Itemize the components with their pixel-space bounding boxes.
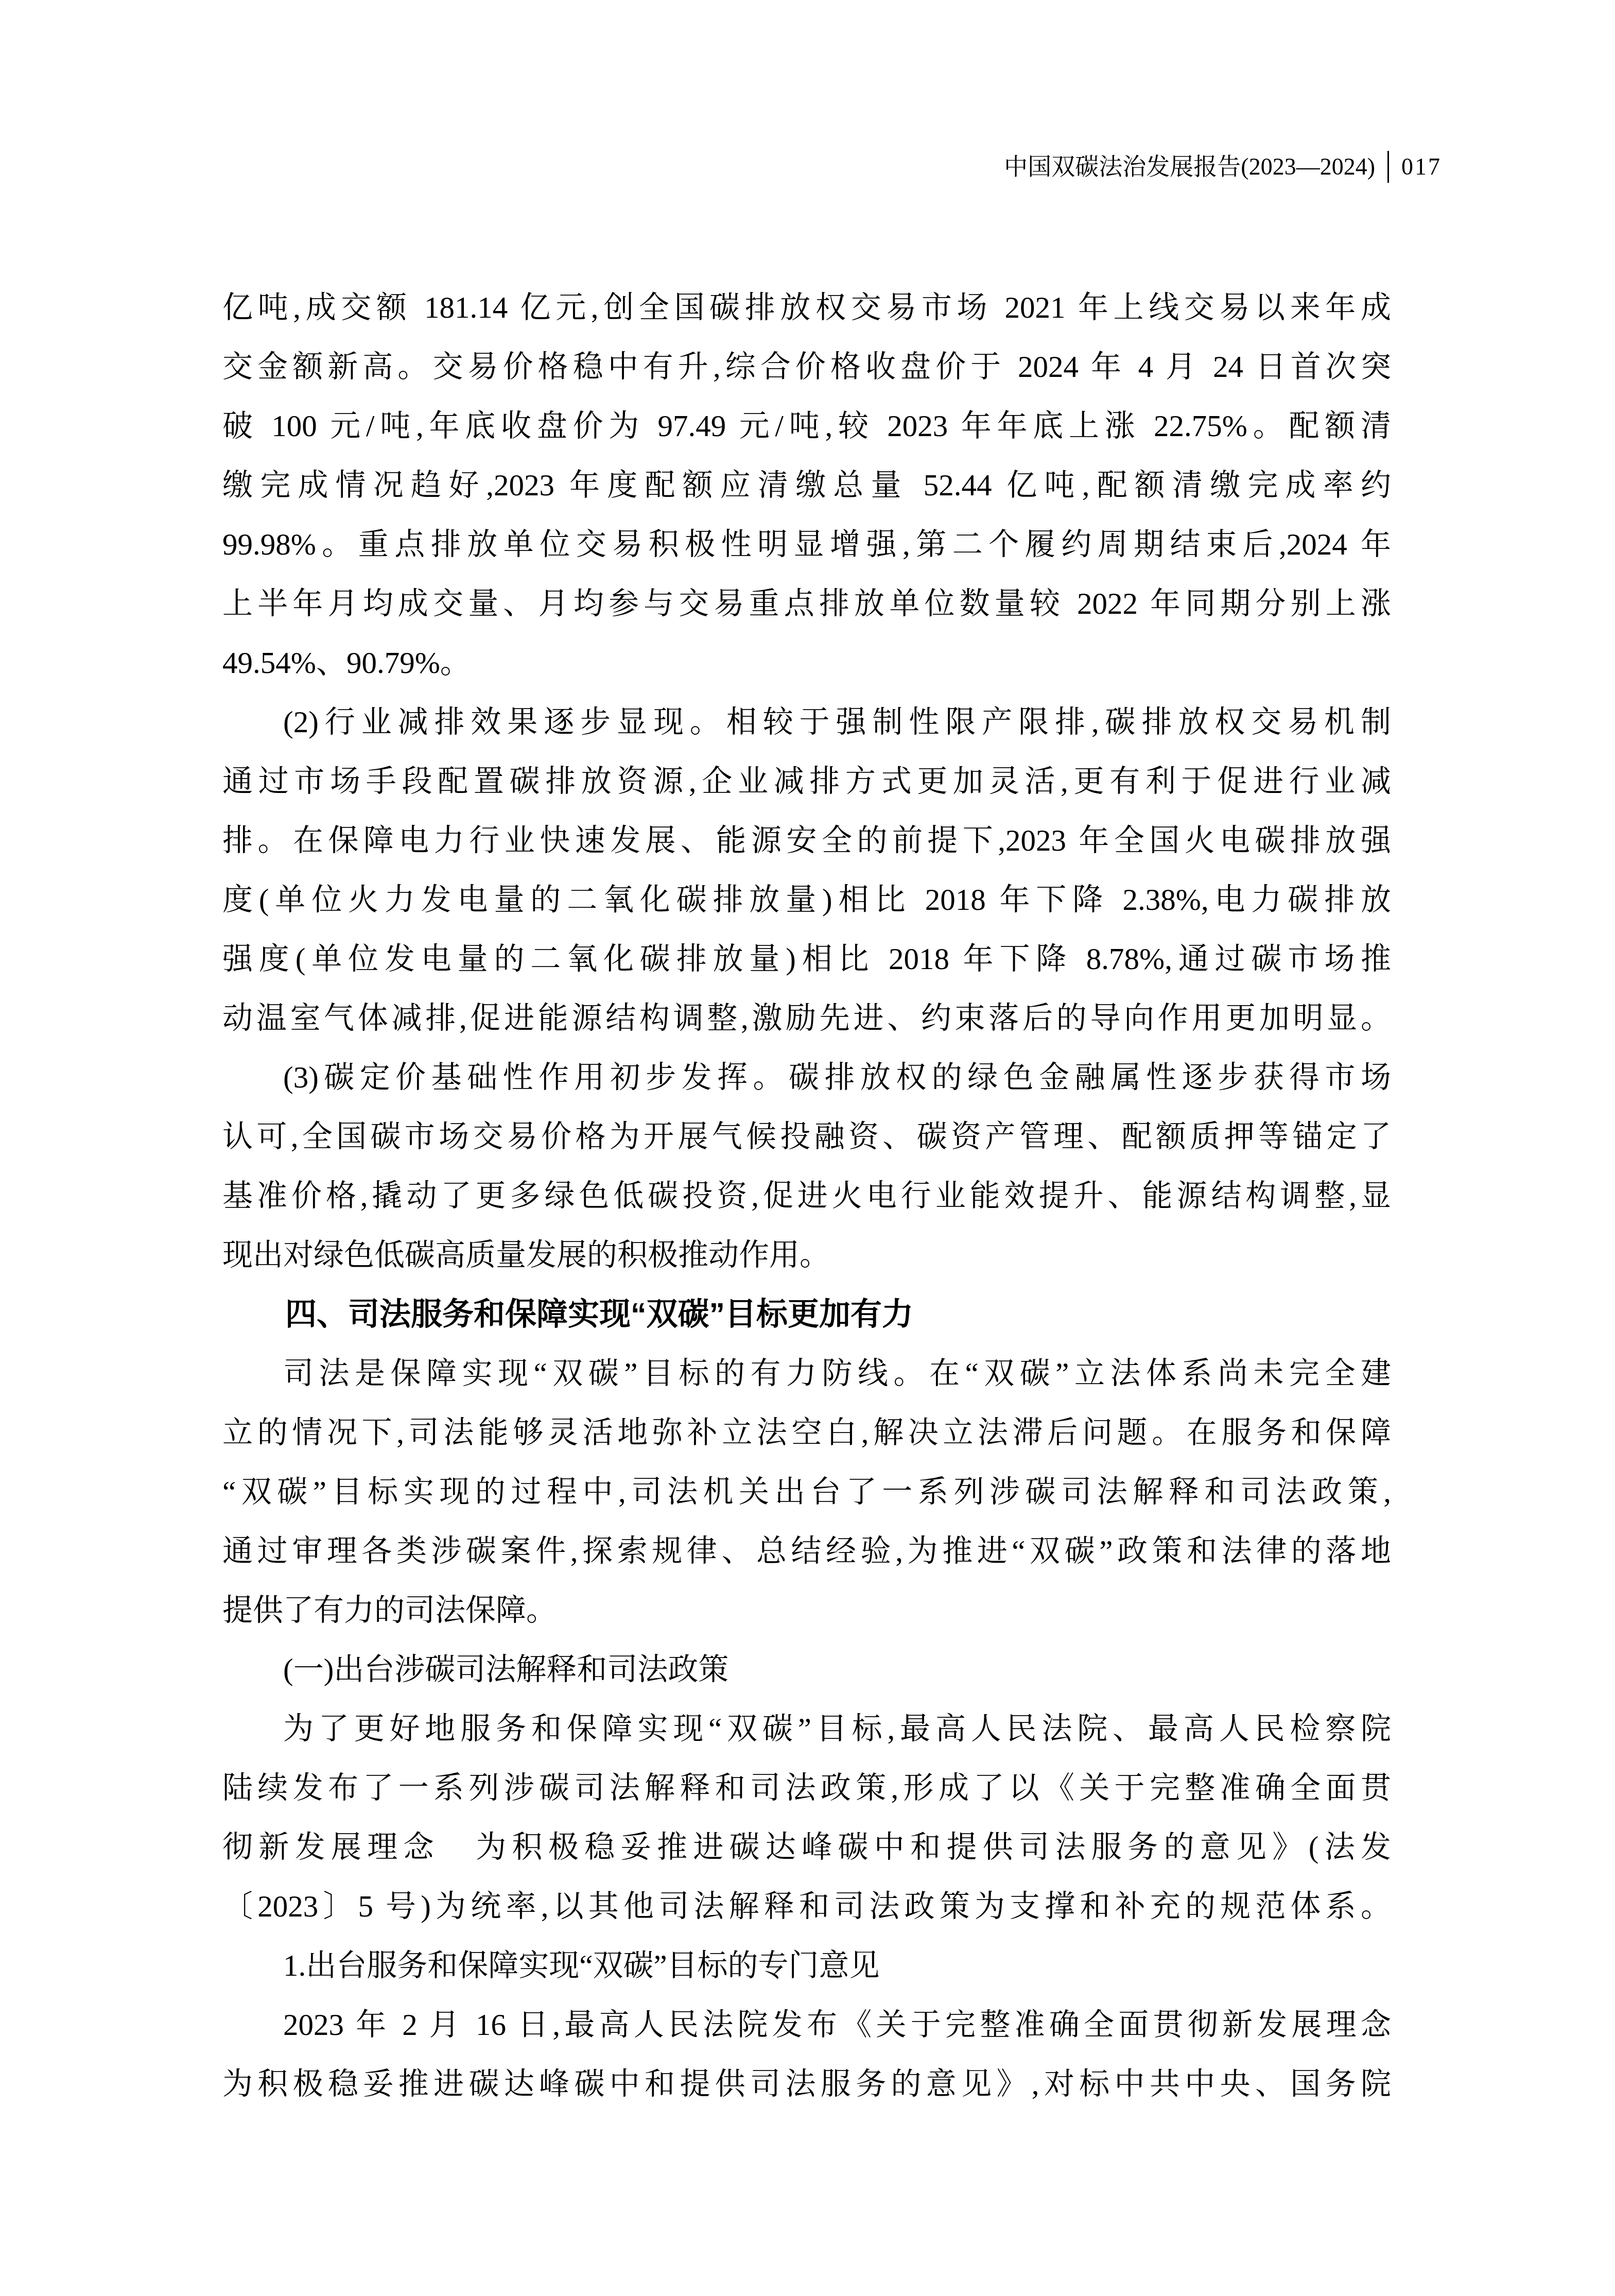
section-heading: 四、司法服务和保障实现“双碳”目标更加有力	[222, 1285, 1391, 1344]
page-body: 亿吨,成交额 181.14 亿元,创全国碳排放权交易市场 2021 年上线交易以…	[222, 278, 1391, 2114]
text-line: 司法是保障实现“双碳”目标的有力防线。在“双碳”立法体系尚未完全建	[222, 1344, 1391, 1403]
text-line: 2023 年 2 月 16 日,最高人民法院发布《关于完整准确全面贯彻新发展理念	[222, 1995, 1391, 2055]
text-line: 立的情况下,司法能够灵活地弥补立法空白,解决立法滞后问题。在服务和保障	[222, 1403, 1391, 1462]
text-line: 彻新发展理念 为积极稳妥推进碳达峰碳中和提供司法服务的意见》(法发	[222, 1818, 1391, 1877]
text-line: 现出对绿色低碳高质量发展的积极推动作用。	[222, 1225, 1391, 1285]
text-line: 动温室气体减排,促进能源结构调整,激励先进、约束落后的导向作用更加明显。	[222, 989, 1391, 1048]
page-header: 中国双碳法治发展报告(2023—2024) 017	[1004, 148, 1442, 185]
numbered-item-heading: 1.出台服务和保障实现“双碳”目标的专门意见	[222, 1936, 1391, 1995]
text-line: 排。在保障电力行业快速发展、能源安全的前提下,2023 年全国火电碳排放强	[222, 811, 1391, 870]
text-line: 为了更好地服务和保障实现“双碳”目标,最高人民法院、最高人民检察院	[222, 1699, 1391, 1758]
running-title: 中国双碳法治发展报告(2023—2024)	[1004, 148, 1375, 185]
text-line: 强度(单位发电量的二氧化碳排放量)相比 2018 年下降 8.78%,通过碳市场…	[222, 929, 1391, 989]
text-line: 破 100 元/吨,年底收盘价为 97.49 元/吨,较 2023 年年底上涨 …	[222, 396, 1391, 456]
text-line: 99.98%。重点排放单位交易积极性明显增强,第二个履约周期结束后,2024 年	[222, 515, 1391, 574]
text-line: 缴完成情况趋好,2023 年度配额应清缴总量 52.44 亿吨,配额清缴完成率约	[222, 456, 1391, 515]
text-line: 通过审理各类涉碳案件,探索规律、总结经验,为推进“双碳”政策和法律的落地	[222, 1522, 1391, 1581]
text-line: 亿吨,成交额 181.14 亿元,创全国碳排放权交易市场 2021 年上线交易以…	[222, 278, 1391, 337]
text-line: 交金额新高。交易价格稳中有升,综合价格收盘价于 2024 年 4 月 24 日首…	[222, 337, 1391, 396]
subsection-heading: (一)出台涉碳司法解释和司法政策	[222, 1640, 1391, 1699]
page-number: 017	[1401, 148, 1442, 185]
text-line: (3)碳定价基础性作用初步发挥。碳排放权的绿色金融属性逐步获得市场	[222, 1048, 1391, 1107]
text-line: (2)行业减排效果逐步显现。相较于强制性限产限排,碳排放权交易机制	[222, 693, 1391, 752]
text-line: 49.54%、90.79%。	[222, 633, 1391, 693]
text-line: 通过市场手段配置碳排放资源,企业减排方式更加灵活,更有利于促进行业减	[222, 752, 1391, 811]
text-line: 为积极稳妥推进碳达峰碳中和提供司法服务的意见》,对标中共中央、国务院	[222, 2055, 1391, 2114]
text-line: “双碳”目标实现的过程中,司法机关出台了一系列涉碳司法解释和司法政策,	[222, 1462, 1391, 1522]
header-divider-bar	[1387, 151, 1389, 183]
text-line: 〔2023〕5 号)为统率,以其他司法解释和司法政策为支撑和补充的规范体系。	[222, 1877, 1391, 1936]
text-line: 认可,全国碳市场交易价格为开展气候投融资、碳资产管理、配额质押等锚定了	[222, 1107, 1391, 1166]
text-line: 基准价格,撬动了更多绿色低碳投资,促进火电行业能效提升、能源结构调整,显	[222, 1166, 1391, 1225]
text-line: 提供了有力的司法保障。	[222, 1581, 1391, 1640]
text-line: 度(单位火力发电量的二氧化碳排放量)相比 2018 年下降 2.38%,电力碳排…	[222, 870, 1391, 929]
book-page: 中国双碳法治发展报告(2023—2024) 017 亿吨,成交额 181.14 …	[0, 0, 1615, 2296]
text-line: 陆续发布了一系列涉碳司法解释和司法政策,形成了以《关于完整准确全面贯	[222, 1758, 1391, 1818]
text-line: 上半年月均成交量、月均参与交易重点排放单位数量较 2022 年同期分别上涨	[222, 574, 1391, 633]
